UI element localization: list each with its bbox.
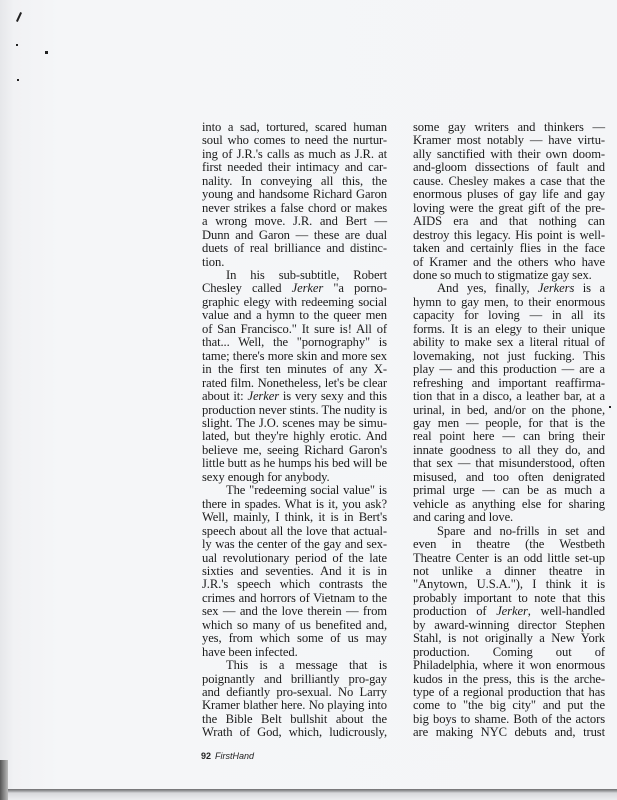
text-line: taken and certainly flies in the face: [413, 242, 605, 255]
text-line: sex — and the love therein — from: [202, 605, 387, 618]
text-line: even in theatre (the Westbeth: [413, 538, 605, 551]
text-line: into a sad, tortured, scared human: [202, 121, 387, 134]
text-line: yes, from which some of us may: [202, 632, 387, 645]
text-line: production never stints. The nudity is: [202, 404, 387, 417]
text-line: duets of real brilliance and distinc-: [202, 242, 387, 255]
text-line: that... Well, the "pornography" is: [202, 336, 387, 349]
text-line: soul who comes to need the nurtur-: [202, 134, 387, 147]
text-line: Wrath of God, which, ludicrously,: [202, 726, 387, 739]
text-line: forms. It is an elegy to their unique: [413, 323, 605, 336]
text-line: kudos in the press, this is the arche-: [413, 673, 605, 686]
text-line: misused, and too often denigrated: [413, 471, 605, 484]
text-line: and-gloom dissections of fault and: [413, 161, 605, 174]
text-line: tame; there's more skin and more sex: [202, 350, 387, 363]
text-line: little butt as he humps his bed will be: [202, 457, 387, 470]
text-line: Kramer most notably — have virtu-: [413, 134, 605, 147]
text-line: have been infected.: [202, 646, 387, 659]
text-line: ally sanctified with their own doom-: [413, 148, 605, 161]
text-line: believe me, seeing Richard Garon's: [202, 444, 387, 457]
text-line: gay men — people, for that is the: [413, 417, 605, 430]
scan-speck: [16, 44, 18, 46]
text-line: and defiantly pro-sexual. No Larry: [202, 686, 387, 699]
text-line: probably important to note that this: [413, 592, 605, 605]
text-line: type of a regional production that has: [413, 686, 605, 699]
page-number: 92: [201, 751, 211, 761]
text-line: that sex — that misunderstood, often: [413, 457, 605, 470]
text-line: "Anytown, U.S.A."), I think it is: [413, 578, 605, 591]
text-line: big boys to shame. Both of the actors: [413, 713, 605, 726]
text-line: hymn to gay men, to their enormous: [413, 296, 605, 309]
text-line: rated film. Nonetheless, let's be clear: [202, 377, 387, 390]
text-line: value and a hymn to the queer men: [202, 309, 387, 322]
text-line: Spare and no-frills in set and: [413, 525, 605, 538]
scanned-page: into a sad, tortured, scared humansoul w…: [0, 0, 617, 790]
text-line: graphic elegy with redeeming social: [202, 296, 387, 309]
text-line: in the first ten minutes of any X-: [202, 363, 387, 376]
text-line: enormous pluses of gay life and gay: [413, 188, 605, 201]
text-line: play — and this production — are a: [413, 363, 605, 376]
magazine-name: FirstHand: [215, 751, 254, 761]
text-line: tion.: [202, 256, 387, 269]
scan-mark: [16, 12, 22, 22]
text-line: done so much to stigmatize gay sex.: [413, 269, 605, 282]
text-line: crimes and horrors of Vietnam to the: [202, 592, 387, 605]
text-line: innate goodness to all they do, and: [413, 444, 605, 457]
text-line: Well, mainly, I think, it is in Bert's: [202, 511, 387, 524]
text-line: tion that in a disco, a leather bar, at …: [413, 390, 605, 403]
text-line: refreshing and important reaffirma-: [413, 377, 605, 390]
text-line: ly was the center of the gay and sex-: [202, 538, 387, 551]
text-line: vehicle as anything else for sharing: [413, 498, 605, 511]
page-footer: 92FirstHand: [201, 751, 254, 761]
text-line: Philadelphia, where it won enormous: [413, 659, 605, 672]
text-line: there in spades. What is it, you ask?: [202, 498, 387, 511]
text-line: This is a message that is: [202, 659, 387, 672]
text-line: J.R.'s speech which contrasts the: [202, 578, 387, 591]
text-line: poignantly and brilliantly pro-gay: [202, 673, 387, 686]
text-line: speech about all the love that actual-: [202, 525, 387, 538]
text-line: Theatre Center is an odd little set-up: [413, 552, 605, 565]
text-line: AIDS era and that nothing can: [413, 215, 605, 228]
scan-speck: [17, 79, 19, 81]
play-title: Jerker: [496, 604, 528, 618]
scan-bottom-edge: [0, 789, 617, 800]
text-line: slight. The J.O. scenes may be simu-: [202, 417, 387, 430]
text-line: come to "the big city" and put the: [413, 699, 605, 712]
text-line: And yes, finally, Jerkers is a: [413, 282, 605, 295]
text-line: and caring and love.: [413, 511, 605, 524]
scan-speck: [609, 406, 611, 408]
play-title: Jerkers: [538, 281, 574, 295]
text-line: by award-winning director Stephen: [413, 619, 605, 632]
text-line: of San Francisco." It sure is! All of: [202, 323, 387, 336]
text-line: some gay writers and thinkers —: [413, 121, 605, 134]
text-line: In his sub-subtitle, Robert: [202, 269, 387, 282]
play-title: Jerker: [292, 281, 324, 295]
text-line: Dunn and Garon — these are dual: [202, 229, 387, 242]
text-line: a wrong move. J.R. and Bert —: [202, 215, 387, 228]
text-line: urinal, in bed, and/or on the phone,: [413, 404, 605, 417]
text-line: lovemaking, not just fucking. This: [413, 350, 605, 363]
text-line: young and handsome Richard Garon: [202, 188, 387, 201]
text-line: ing of J.R.'s calls as much as J.R. at: [202, 148, 387, 161]
text-line: destroy this legacy. His point is well-: [413, 229, 605, 242]
text-line: production of Jerker, well-handled: [413, 605, 605, 618]
text-line: of Kramer and the others who have: [413, 256, 605, 269]
play-title: Jerker: [247, 389, 279, 403]
scan-speck: [45, 51, 48, 54]
text-line: which so many of us benefited and,: [202, 619, 387, 632]
text-line: not unlike a dinner theatre in: [413, 565, 605, 578]
scan-left-shadow: [0, 760, 8, 800]
text-line: loving were the great gift of the pre-: [413, 202, 605, 215]
article-column-left: into a sad, tortured, scared humansoul w…: [202, 121, 387, 740]
text-line: capacity for loving — in all its: [413, 309, 605, 322]
text-line: sexy enough for anybody.: [202, 471, 387, 484]
text-line: cause. Chesley makes a case that the: [413, 175, 605, 188]
text-line: the Bible Belt bullshit about the: [202, 713, 387, 726]
text-line: real point here — can bring their: [413, 430, 605, 443]
text-line: Kramer blather here. No playing into: [202, 699, 387, 712]
article-column-right: some gay writers and thinkers —Kramer mo…: [413, 121, 605, 740]
text-line: never strikes a false chord or makes: [202, 202, 387, 215]
text-line: Chesley called Jerker "a porno-: [202, 282, 387, 295]
text-line: lated, but they're highly erotic. And: [202, 430, 387, 443]
text-line: ability to make sex a literal ritual of: [413, 336, 605, 349]
text-line: primal urge — can be as much a: [413, 484, 605, 497]
text-line: Stahl, is not originally a New York: [413, 632, 605, 645]
text-line: nality. In conveying all this, the: [202, 175, 387, 188]
text-line: production. Coming out of: [413, 646, 605, 659]
text-line: sixties and seventies. And it is in: [202, 565, 387, 578]
text-line: are making NYC debuts and, trust: [413, 726, 605, 739]
text-line: ual revolutionary period of the late: [202, 552, 387, 565]
text-line: first needed their intimacy and car-: [202, 161, 387, 174]
text-line: about it: Jerker is very sexy and this: [202, 390, 387, 403]
text-line: The "redeeming social value" is: [202, 484, 387, 497]
